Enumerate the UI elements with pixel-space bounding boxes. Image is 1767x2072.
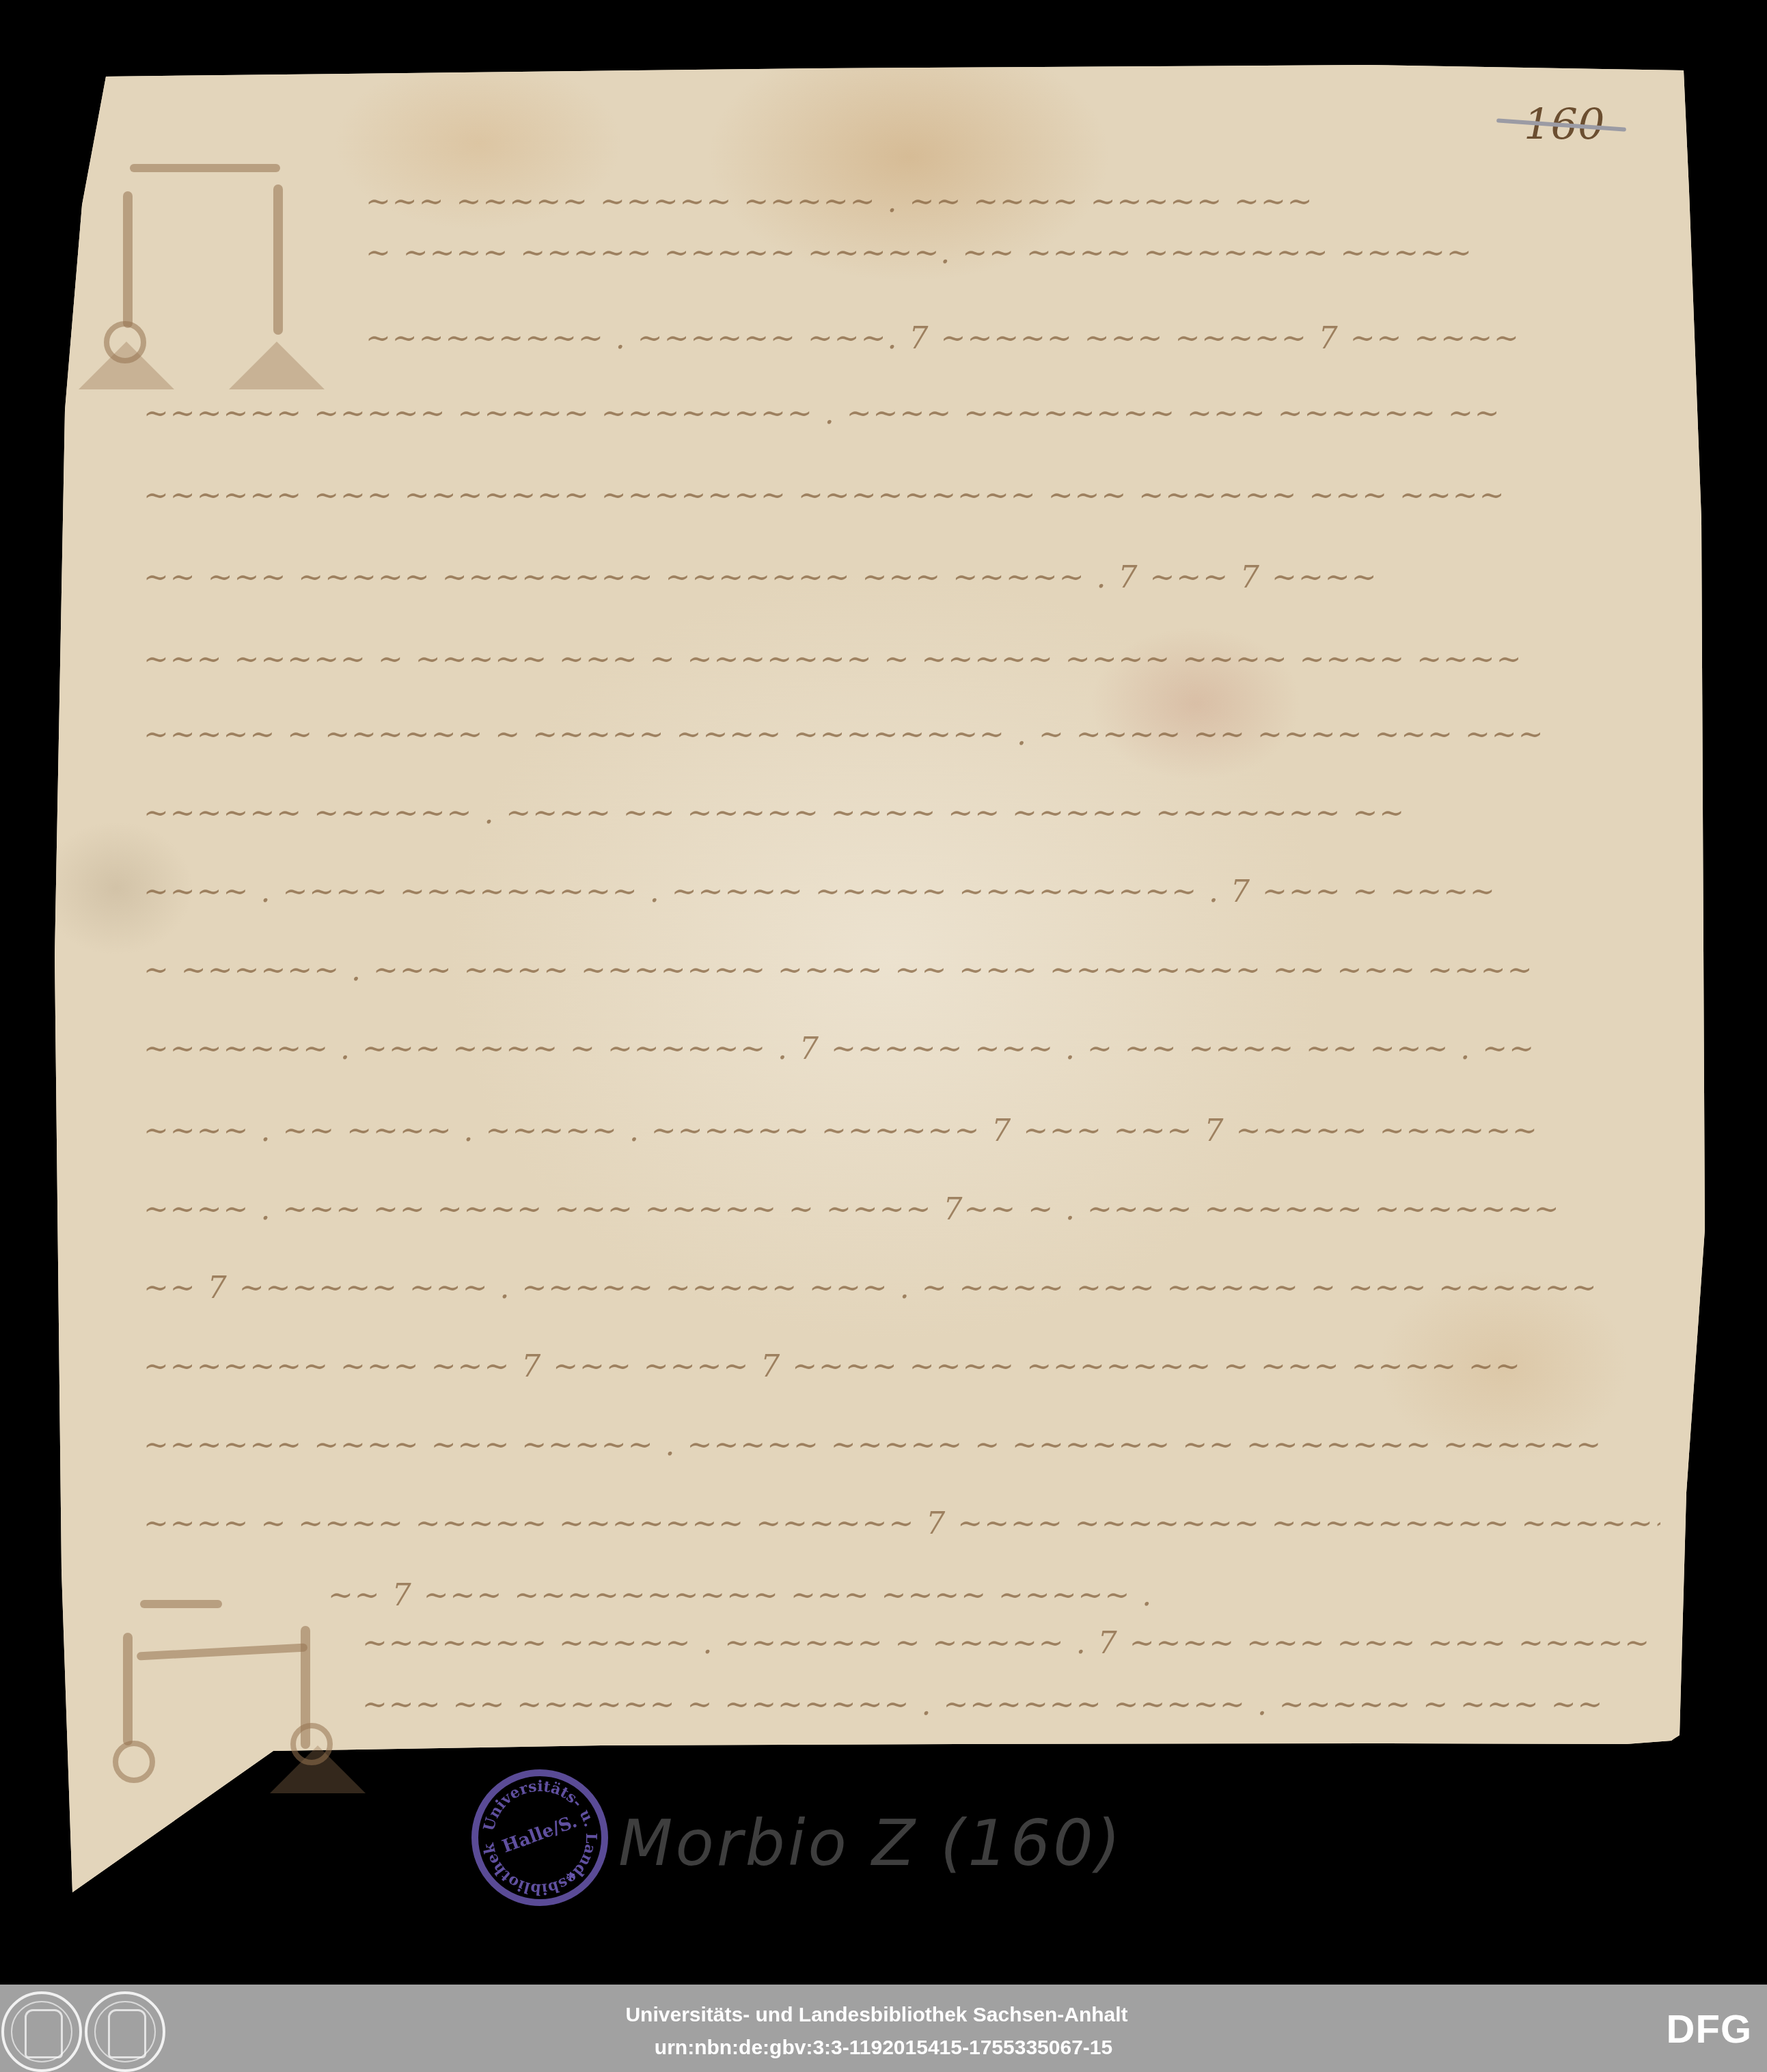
stamp-star-icon: * (566, 1868, 575, 1891)
text-line: ~~~~~~~~~ . ~~~~~~ ~~~. 7 ~~~~~ ~~~ ~~~~… (366, 321, 1664, 362)
text-line: ~ ~~~~ ~~~~~ ~~~~~ ~~~~~. ~~ ~~~~ ~~~~~~… (366, 236, 1664, 277)
text-line: ~~ 7 ~~~ ~~~~~~~~~~ ~~~ ~~~~ ~~~~~ . (328, 1578, 1285, 1619)
text-line: ~~~~~ ~ ~~~~~~ ~ ~~~~~ ~~~~ ~~~~~~~~ . ~… (143, 717, 1660, 758)
footer-bar: Universitäts- und Landesbibliothek Sachs… (0, 1985, 1767, 2072)
text-line: ~~~~~~ ~~~~ ~~~ ~~~~~ . ~~~~~ ~~~~~ ~ ~~… (143, 1428, 1660, 1469)
text-line: ~~~~ . ~~~~ ~~~~~~~~~ . ~~~~~ ~~~~~ ~~~~… (143, 874, 1660, 915)
text-line: ~~~~ . ~~ ~~~~ . ~~~~~ . ~~~~~~ ~~~~~~ 7… (143, 1114, 1660, 1155)
institution-name: Universitäts- und Landesbibliothek Sachs… (0, 2004, 1767, 2027)
text-line: ~~~~ ~ ~~~~ ~~~~~ ~~~~~~~ ~~~~~~ 7 ~~~~ … (143, 1506, 1660, 1547)
text-line: ~~~~~~~ . ~~~ ~~~~ ~ ~~~~~~ . 7 ~~~~~ ~~… (143, 1032, 1660, 1073)
text-line: ~~~ ~~~~~ ~~~~~ ~~~~~ . ~~ ~~~~ ~~~~~ ~~… (366, 184, 1664, 225)
text-line: ~~~ ~~~~~ ~ ~~~~~ ~~~ ~ ~~~~~~~ ~ ~~~~~ … (143, 642, 1660, 683)
text-line: ~~~~~~~ ~~~~~ . ~~~~~~ ~ ~~~~~ . 7 ~~~~ … (362, 1626, 1660, 1667)
text-line: ~~ ~~~ ~~~~~ ~~~~~~~~ ~~~~~~~ ~~~ ~~~~~ … (143, 560, 1660, 601)
urn-identifier: urn:nbn:de:gbv:3:3-1192015415-1755335067… (0, 2036, 1767, 2060)
text-line: ~~~~~~~ ~~~ ~~~ 7 ~~~ ~~~~ 7 ~~~~ ~~~~ ~… (143, 1349, 1660, 1390)
text-line: ~~ 7 ~~~~~~ ~~~ . ~~~~~ ~~~~~ ~~~ . ~ ~~… (143, 1271, 1660, 1312)
text-line: ~~~~~~ ~~~~~~ . ~~~~ ~~ ~~~~~ ~~~~ ~~ ~~… (143, 796, 1660, 837)
text-line: ~~~~~~ ~~~~~ ~~~~~ ~~~~~~~~ . ~~~~ ~~~~~… (143, 396, 1660, 437)
text-line: ~~~ ~~ ~~~~~~ ~ ~~~~~~~ . ~~~~~~ ~~~~~ .… (362, 1687, 1660, 1728)
library-stamp: Universitäts- u. Landesbibliothek Halle/… (471, 1769, 608, 1906)
manuscript-scan: 160 ~~~ ~~~~~ ~~~~~ ~~~~~ . ~~ ~~~~ ~~~~… (0, 0, 1767, 1985)
text-line: ~ ~~~~~~ . ~~~ ~~~~ ~~~~~~~ ~~~~ ~~ ~~~ … (143, 953, 1660, 994)
text-line: ~~~~~~ ~~~ ~~~~~~~ ~~~~~~~ ~~~~~~~~~ ~~~… (143, 478, 1660, 519)
dfg-logo-icon: DFG (1667, 2006, 1752, 2052)
shelfmark-pencil: Morbio Z (160) (618, 1807, 1123, 1880)
text-line: ~~~~ . ~~~ ~~ ~~~~ ~~~ ~~~~~ ~ ~~~~ 7~~ … (143, 1192, 1660, 1233)
